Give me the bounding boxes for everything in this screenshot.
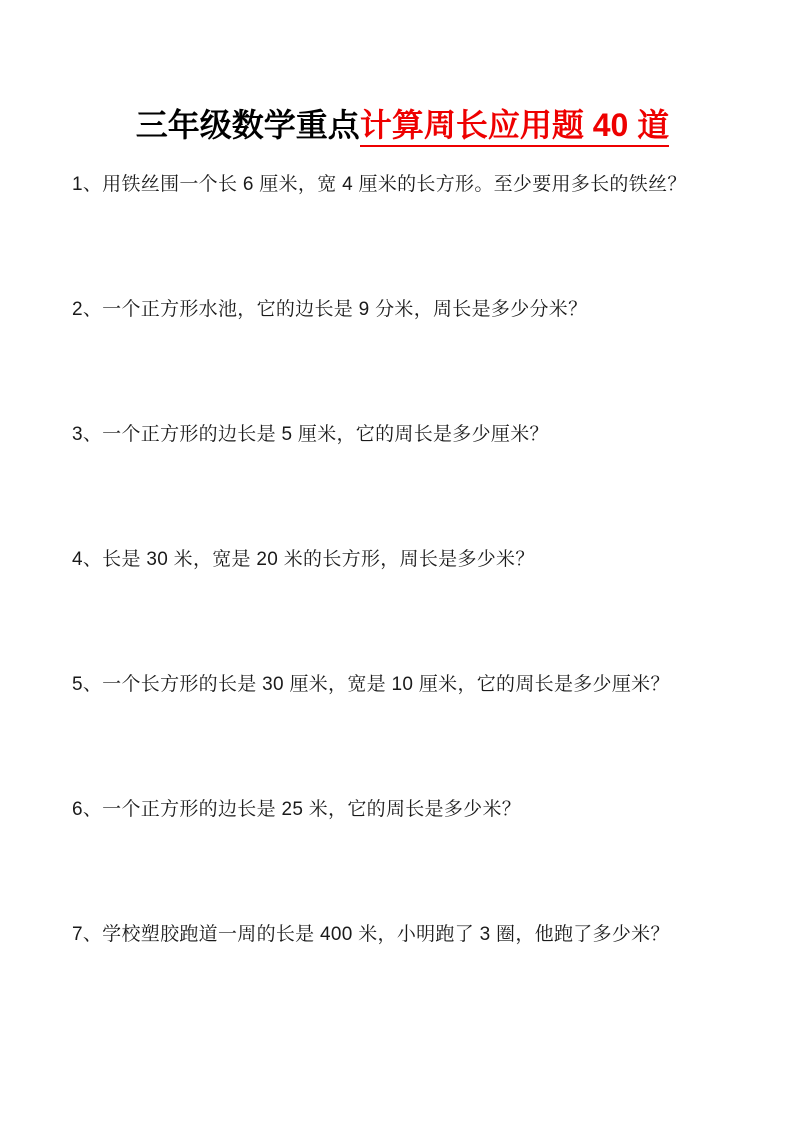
question-1: 1、用铁丝围一个长 6 厘米，宽 4 厘米的长方形。至少要用多长的铁丝？ xyxy=(72,172,733,198)
question-5: 5、一个长方形的长是 30 厘米，宽是 10 厘米，它的周长是多少厘米？ xyxy=(72,672,733,698)
worksheet-page: 三年级数学重点计算周长应用题 40 道 1、用铁丝围一个长 6 厘米，宽 4 厘… xyxy=(0,0,793,1122)
question-7: 7、学校塑胶跑道一周的长是 400 米，小明跑了 3 圈，他跑了多少米？ xyxy=(72,922,733,948)
question-6: 6、一个正方形的边长是 25 米，它的周长是多少米？ xyxy=(72,797,733,823)
question-3: 3、一个正方形的边长是 5 厘米，它的周长是多少厘米？ xyxy=(72,422,733,448)
title-red-underlined-part: 计算周长应用题 40 道 xyxy=(360,107,669,147)
page-title: 三年级数学重点计算周长应用题 40 道 xyxy=(72,103,733,148)
question-4: 4、长是 30 米，宽是 20 米的长方形，周长是多少米？ xyxy=(72,547,733,573)
title-black-part: 三年级数学重点 xyxy=(136,107,360,143)
question-2: 2、一个正方形水池，它的边长是 9 分米，周长是多少分米？ xyxy=(72,297,733,323)
